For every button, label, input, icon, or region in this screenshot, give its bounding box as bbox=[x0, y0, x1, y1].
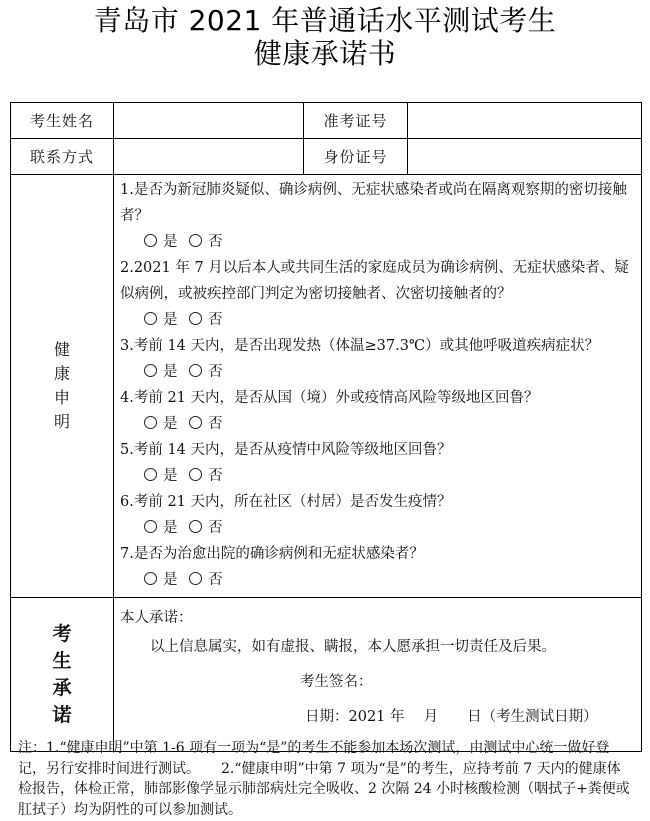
label-char: 承 bbox=[11, 675, 113, 702]
option-yes-label[interactable]: 是 bbox=[163, 416, 178, 432]
radio-no-icon[interactable] bbox=[189, 468, 202, 481]
question-text: 4.考前 21 天内，是否从国（境）外或疫情高风险等级地区回鲁？ bbox=[120, 385, 635, 411]
label-char: 生 bbox=[11, 648, 113, 675]
option-no-label[interactable]: 否 bbox=[208, 468, 223, 484]
signature-field[interactable]: 考生签名： bbox=[120, 665, 635, 700]
question-text: 5.考前 14 天内，是否从疫情中风险等级地区回鲁？ bbox=[120, 437, 635, 463]
question-2: 2.2021 年 7 月以后本人或共同生活的家庭成员为确诊病例、无症状感染者、疑… bbox=[120, 255, 635, 333]
radio-no-icon[interactable] bbox=[189, 234, 202, 247]
label-char: 健 bbox=[11, 338, 113, 362]
answer-options: 是 否 bbox=[120, 229, 635, 255]
option-no-label[interactable]: 否 bbox=[208, 312, 223, 328]
question-text: 3.考前 14 天内，是否出现发热（体温≥37.3℃）或其他呼吸道疾病症状？ bbox=[120, 333, 635, 359]
question-5: 5.考前 14 天内，是否从疫情中风险等级地区回鲁？ 是 否 bbox=[120, 437, 635, 489]
option-no-label[interactable]: 否 bbox=[208, 520, 223, 536]
question-3: 3.考前 14 天内，是否出现发热（体温≥37.3℃）或其他呼吸道疾病症状？ 是… bbox=[120, 333, 635, 385]
question-6: 6.考前 21 天内，所在社区（村居）是否发生疫情？ 是 否 bbox=[120, 489, 635, 541]
radio-yes-icon[interactable] bbox=[144, 468, 157, 481]
option-yes-label[interactable]: 是 bbox=[163, 364, 178, 380]
info-row: 考生姓名 准考证号 bbox=[11, 103, 642, 139]
answer-options: 是 否 bbox=[120, 359, 635, 385]
question-text: 1.是否为新冠肺炎疑似、确诊病例、无症状感染者或尚在隔离观察期的密切接触者？ bbox=[120, 177, 635, 229]
candidate-promise-row: 考 生 承 诺 本人承诺： 以上信息属实，如有虚报、瞒报，本人愿承担一切责任及后… bbox=[11, 598, 642, 752]
promise-heading: 本人承诺： bbox=[120, 606, 635, 630]
promise-statement: 以上信息属实，如有虚报、瞒报，本人愿承担一切责任及后果。 bbox=[120, 630, 635, 665]
radio-yes-icon[interactable] bbox=[144, 416, 157, 429]
answer-options: 是 否 bbox=[120, 307, 635, 333]
radio-yes-icon[interactable] bbox=[144, 364, 157, 377]
name-field[interactable] bbox=[114, 103, 304, 139]
title-line-1: 青岛市 2021 年普通话水平测试考生 bbox=[0, 4, 650, 37]
promise-content: 本人承诺： 以上信息属实，如有虚报、瞒报，本人愿承担一切责任及后果。 考生签名：… bbox=[114, 598, 642, 752]
option-yes-label[interactable]: 是 bbox=[163, 468, 178, 484]
question-7: 7.是否为治愈出院的确诊病例和无症状感染者？ 是 否 bbox=[120, 541, 635, 593]
radio-no-icon[interactable] bbox=[189, 416, 202, 429]
option-yes-label[interactable]: 是 bbox=[163, 234, 178, 250]
answer-options: 是 否 bbox=[120, 567, 635, 593]
question-4: 4.考前 21 天内，是否从国（境）外或疫情高风险等级地区回鲁？ 是 否 bbox=[120, 385, 635, 437]
answer-options: 是 否 bbox=[120, 411, 635, 437]
question-text: 7.是否为治愈出院的确诊病例和无症状感染者？ bbox=[120, 541, 635, 567]
health-declaration-label: 健 康 申 明 bbox=[11, 175, 114, 598]
option-yes-label[interactable]: 是 bbox=[163, 572, 178, 588]
health-declaration-row: 健 康 申 明 1.是否为新冠肺炎疑似、确诊病例、无症状感染者或尚在隔离观察期的… bbox=[11, 175, 642, 598]
option-no-label[interactable]: 否 bbox=[208, 364, 223, 380]
radio-no-icon[interactable] bbox=[189, 364, 202, 377]
radio-no-icon[interactable] bbox=[189, 312, 202, 325]
candidate-promise-label: 考 生 承 诺 bbox=[11, 598, 114, 752]
name-label: 考生姓名 bbox=[11, 103, 114, 139]
option-no-label[interactable]: 否 bbox=[208, 234, 223, 250]
health-questions: 1.是否为新冠肺炎疑似、确诊病例、无症状感染者或尚在隔离观察期的密切接触者？ 是… bbox=[114, 175, 642, 598]
date-field[interactable]: 日期：2021 年 月 日（考生测试日期） bbox=[120, 700, 635, 735]
option-yes-label[interactable]: 是 bbox=[163, 312, 178, 328]
document-title: 青岛市 2021 年普通话水平测试考生 健康承诺书 bbox=[0, 4, 650, 70]
answer-options: 是 否 bbox=[120, 515, 635, 541]
radio-yes-icon[interactable] bbox=[144, 312, 157, 325]
admission-ticket-field[interactable] bbox=[408, 103, 642, 139]
label-char: 诺 bbox=[11, 702, 113, 729]
label-char: 明 bbox=[11, 410, 113, 434]
contact-label: 联系方式 bbox=[11, 139, 114, 175]
id-number-field[interactable] bbox=[408, 139, 642, 175]
question-text: 2.2021 年 7 月以后本人或共同生活的家庭成员为确诊病例、无症状感染者、疑… bbox=[120, 255, 635, 307]
label-char: 康 bbox=[11, 362, 113, 386]
radio-yes-icon[interactable] bbox=[144, 234, 157, 247]
radio-no-icon[interactable] bbox=[189, 520, 202, 533]
label-char: 考 bbox=[11, 621, 113, 648]
admission-ticket-label: 准考证号 bbox=[304, 103, 408, 139]
radio-yes-icon[interactable] bbox=[144, 572, 157, 585]
health-commitment-form: 考生姓名 准考证号 联系方式 身份证号 健 康 申 明 1.是否为新冠肺炎疑似、… bbox=[10, 102, 642, 752]
question-text: 6.考前 21 天内，所在社区（村居）是否发生疫情？ bbox=[120, 489, 635, 515]
answer-options: 是 否 bbox=[120, 463, 635, 489]
radio-yes-icon[interactable] bbox=[144, 520, 157, 533]
radio-no-icon[interactable] bbox=[189, 572, 202, 585]
option-no-label[interactable]: 否 bbox=[208, 572, 223, 588]
option-yes-label[interactable]: 是 bbox=[163, 520, 178, 536]
contact-field[interactable] bbox=[114, 139, 304, 175]
footnote: 注：1.“健康申明”中第 1-6 项有一项为“是”的考生不能参加本场次测试，由测… bbox=[18, 738, 633, 820]
question-1: 1.是否为新冠肺炎疑似、确诊病例、无症状感染者或尚在隔离观察期的密切接触者？ 是… bbox=[120, 177, 635, 255]
title-line-2: 健康承诺书 bbox=[0, 37, 650, 70]
info-row: 联系方式 身份证号 bbox=[11, 139, 642, 175]
label-char: 申 bbox=[11, 386, 113, 410]
id-number-label: 身份证号 bbox=[304, 139, 408, 175]
option-no-label[interactable]: 否 bbox=[208, 416, 223, 432]
